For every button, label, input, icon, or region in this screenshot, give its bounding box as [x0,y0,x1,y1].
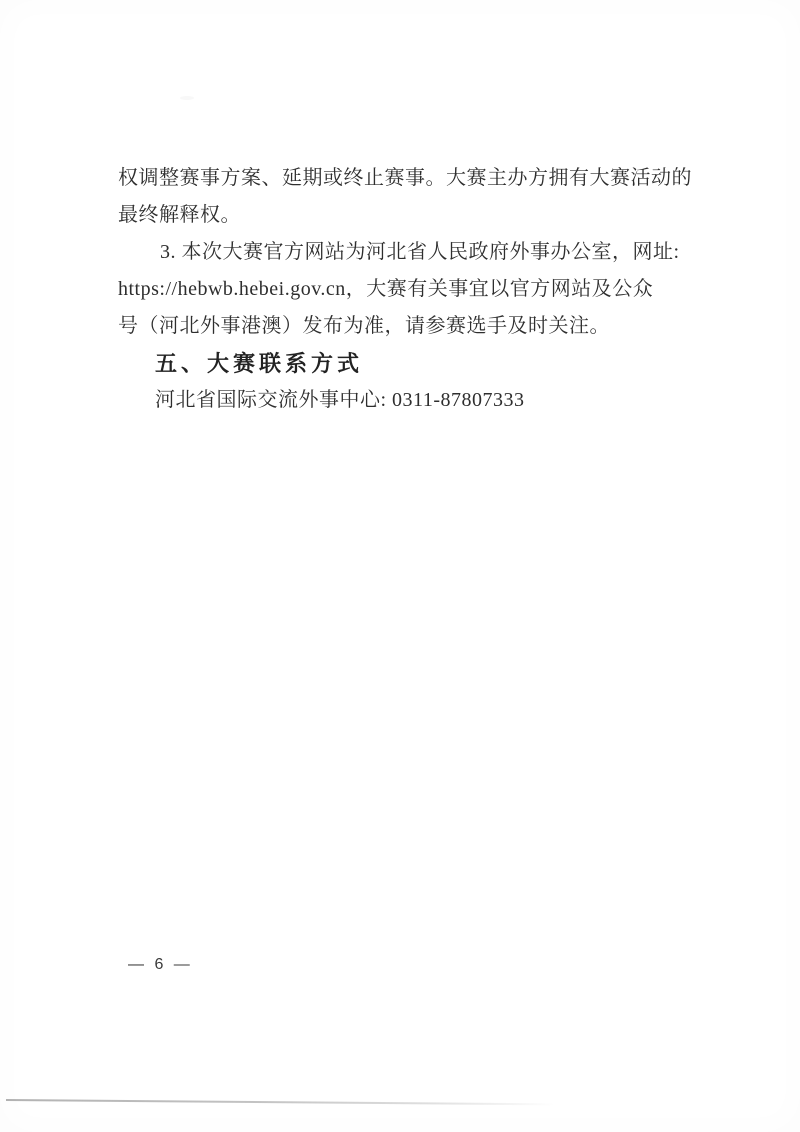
body-line-contact-phone: 河北省国际交流外事中心: 0311-87807333 [118,382,684,419]
body-line-website-url: https://hebwb.hebei.gov.cn，大赛有关事宜以官方网站及公… [118,271,684,308]
scanned-document-page: 权调整赛事方案、延期或终止赛事。大赛主办方拥有大赛活动的 最终解释权。 3. 本… [0,0,800,1132]
body-line-continuation: 权调整赛事方案、延期或终止赛事。大赛主办方拥有大赛活动的 [118,160,684,197]
document-text-block: 权调整赛事方案、延期或终止赛事。大赛主办方拥有大赛活动的 最终解释权。 3. 本… [118,160,684,419]
body-line-official-account: 号（河北外事港澳）发布为准，请参赛选手及时关注。 [118,308,684,345]
section-heading-contact-info: 五、大赛联系方式 [118,345,684,382]
scan-smudge [195,208,211,212]
body-line-item-3-website: 3. 本次大赛官方网站为河北省人民政府外事办公室，网址: [118,234,684,271]
page-number: — 6 — [128,956,193,974]
body-line-final-interpretation: 最终解释权。 [118,197,684,234]
scan-smudge [180,96,194,100]
scan-artifact-line [6,1099,566,1105]
